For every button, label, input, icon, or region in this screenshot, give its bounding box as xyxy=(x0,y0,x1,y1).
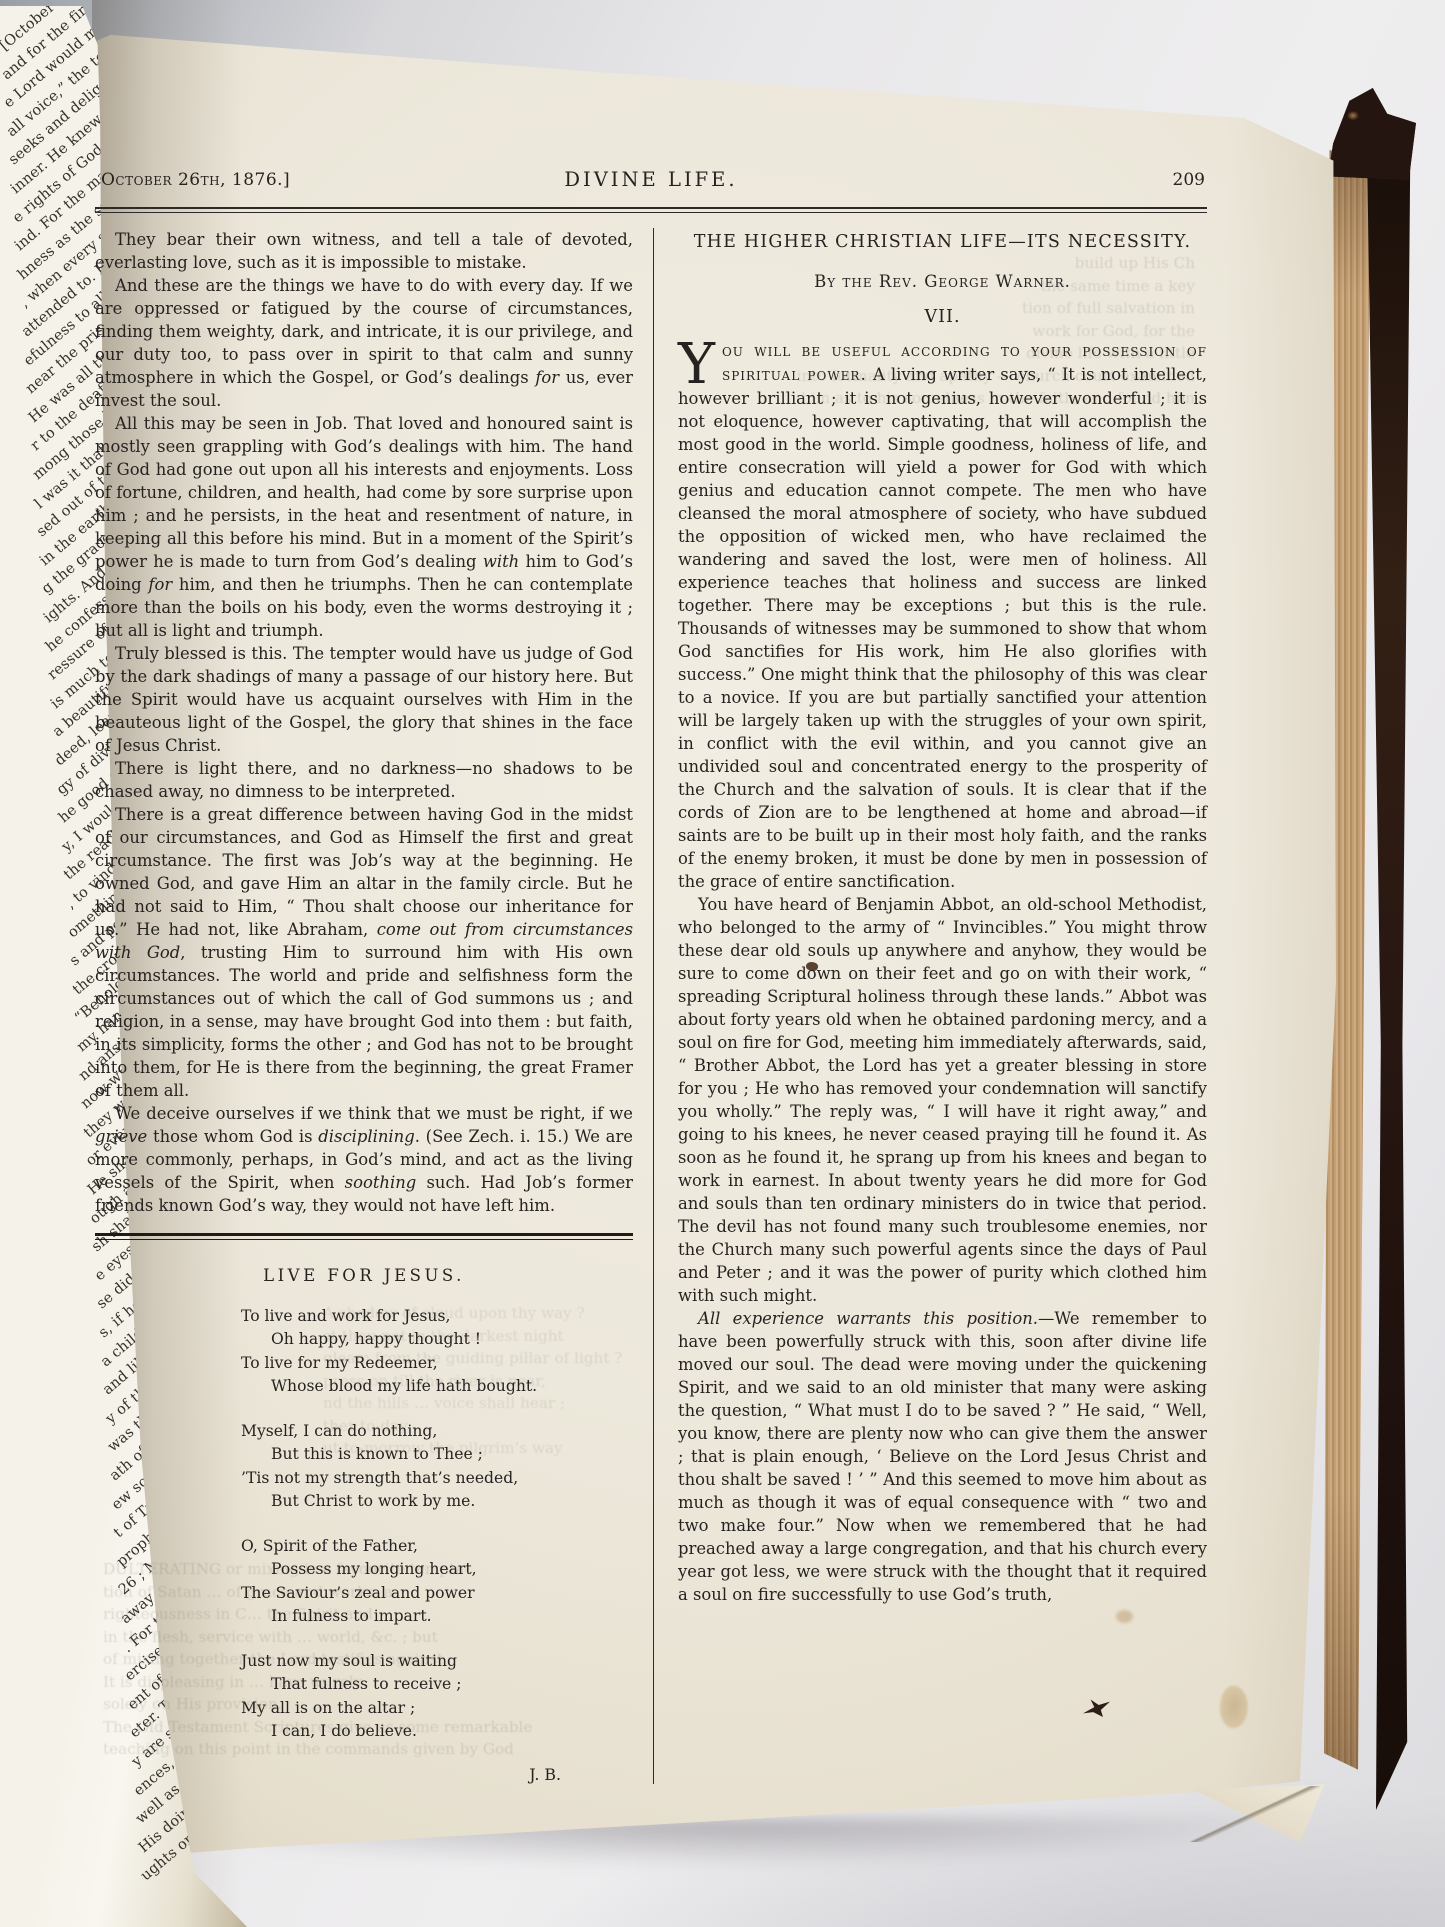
paragraph: And these are the things we have to do w… xyxy=(95,274,633,412)
journal-title: DIVINE LIFE. xyxy=(95,168,1207,191)
article-title: THE HIGHER CHRISTIAN LIFE—ITS NECESSITY. xyxy=(688,230,1197,255)
poem-stanza: Just now my soul is waitingThat fulness … xyxy=(241,1650,633,1744)
right-column: THE HIGHER CHRISTIAN LIFE—ITS NECESSITY.… xyxy=(653,228,1207,1784)
poem-line: That fulness to receive ; xyxy=(241,1673,633,1697)
chapter-number: VII. xyxy=(678,307,1207,327)
poem-stanza: Myself, I can do nothing,But this is kno… xyxy=(241,1420,633,1514)
poem-stanza: To live and work for Jesus,Oh happy, hap… xyxy=(241,1305,633,1399)
two-column-text: They bear their own witness, and tell a … xyxy=(95,228,1207,1784)
poem-stanza: O, Spirit of the Father,Possess my longi… xyxy=(241,1535,633,1629)
right-column-paragraphs: You have heard of Benjamin Abbot, an old… xyxy=(678,893,1207,1606)
paragraph: All this may be seen in Job. That loved … xyxy=(95,412,633,642)
first-paragraph-rest: A living writer says, “ It is not intell… xyxy=(678,365,1207,891)
section-divider-rule xyxy=(95,1233,633,1240)
book-cover-top-corner xyxy=(1326,88,1416,180)
paragraph: There is light there, and no darkness—no… xyxy=(95,757,633,803)
poem-line: Possess my longing heart, xyxy=(241,1558,633,1582)
dog-ear-fold-line xyxy=(1190,1786,1326,1842)
poem-line: Myself, I can do nothing, xyxy=(241,1420,633,1444)
paragraph: We deceive ourselves if we think that we… xyxy=(95,1102,633,1217)
header-rule xyxy=(95,207,1207,213)
poem-line: O, Spirit of the Father, xyxy=(241,1535,633,1559)
page-number: 209 xyxy=(1173,170,1205,190)
poem-signature: J. B. xyxy=(95,1765,633,1784)
poem-line: The Saviour’s zeal and power xyxy=(241,1582,633,1606)
poem-line: I can, I do believe. xyxy=(241,1720,633,1744)
poem-line: My all is on the altar ; xyxy=(241,1697,633,1721)
first-paragraph: You will be useful according to your pos… xyxy=(678,339,1207,893)
running-header: October 26th, 1876.] DIVINE LIFE. 209 xyxy=(95,170,1207,202)
paragraph: Truly blessed is this. The tempter would… xyxy=(95,642,633,757)
poem-line: But this is known to Thee ; xyxy=(241,1443,633,1467)
book-photo: [October 26th,and for the fire Lord woul… xyxy=(0,0,1445,1927)
paragraph: They bear their own witness, and tell a … xyxy=(95,228,633,274)
article-byline: By the Rev. George Warner. xyxy=(678,272,1207,291)
poem-line: In fulness to impart. xyxy=(241,1605,633,1629)
poem-line: Oh happy, happy thought ! xyxy=(241,1328,633,1352)
paragraph: All experience warrants this position.—W… xyxy=(678,1307,1207,1606)
poem-line: Whose blood my life hath bought. xyxy=(241,1375,633,1399)
poem-line: But Christ to work by me. xyxy=(241,1490,633,1514)
poem: To live and work for Jesus,Oh happy, hap… xyxy=(95,1305,633,1744)
paragraph: There is a great difference between havi… xyxy=(95,803,633,1102)
paragraph: You have heard of Benjamin Abbot, an old… xyxy=(678,893,1207,1307)
poem-line: Just now my soul is waiting xyxy=(241,1650,633,1674)
poem-line: To live for my Redeemer, xyxy=(241,1352,633,1376)
printed-page-content: build up His Chthe same time a keytion o… xyxy=(95,170,1207,1784)
poem-title: LIVE FOR JESUS. xyxy=(95,1266,633,1285)
drop-cap: Y xyxy=(678,339,722,387)
left-column-paragraphs: They bear their own witness, and tell a … xyxy=(95,228,633,1217)
poem-line: ’Tis not my strength that’s needed, xyxy=(241,1467,633,1491)
poem-line: To live and work for Jesus, xyxy=(241,1305,633,1329)
left-column: They bear their own witness, and tell a … xyxy=(95,228,653,1784)
